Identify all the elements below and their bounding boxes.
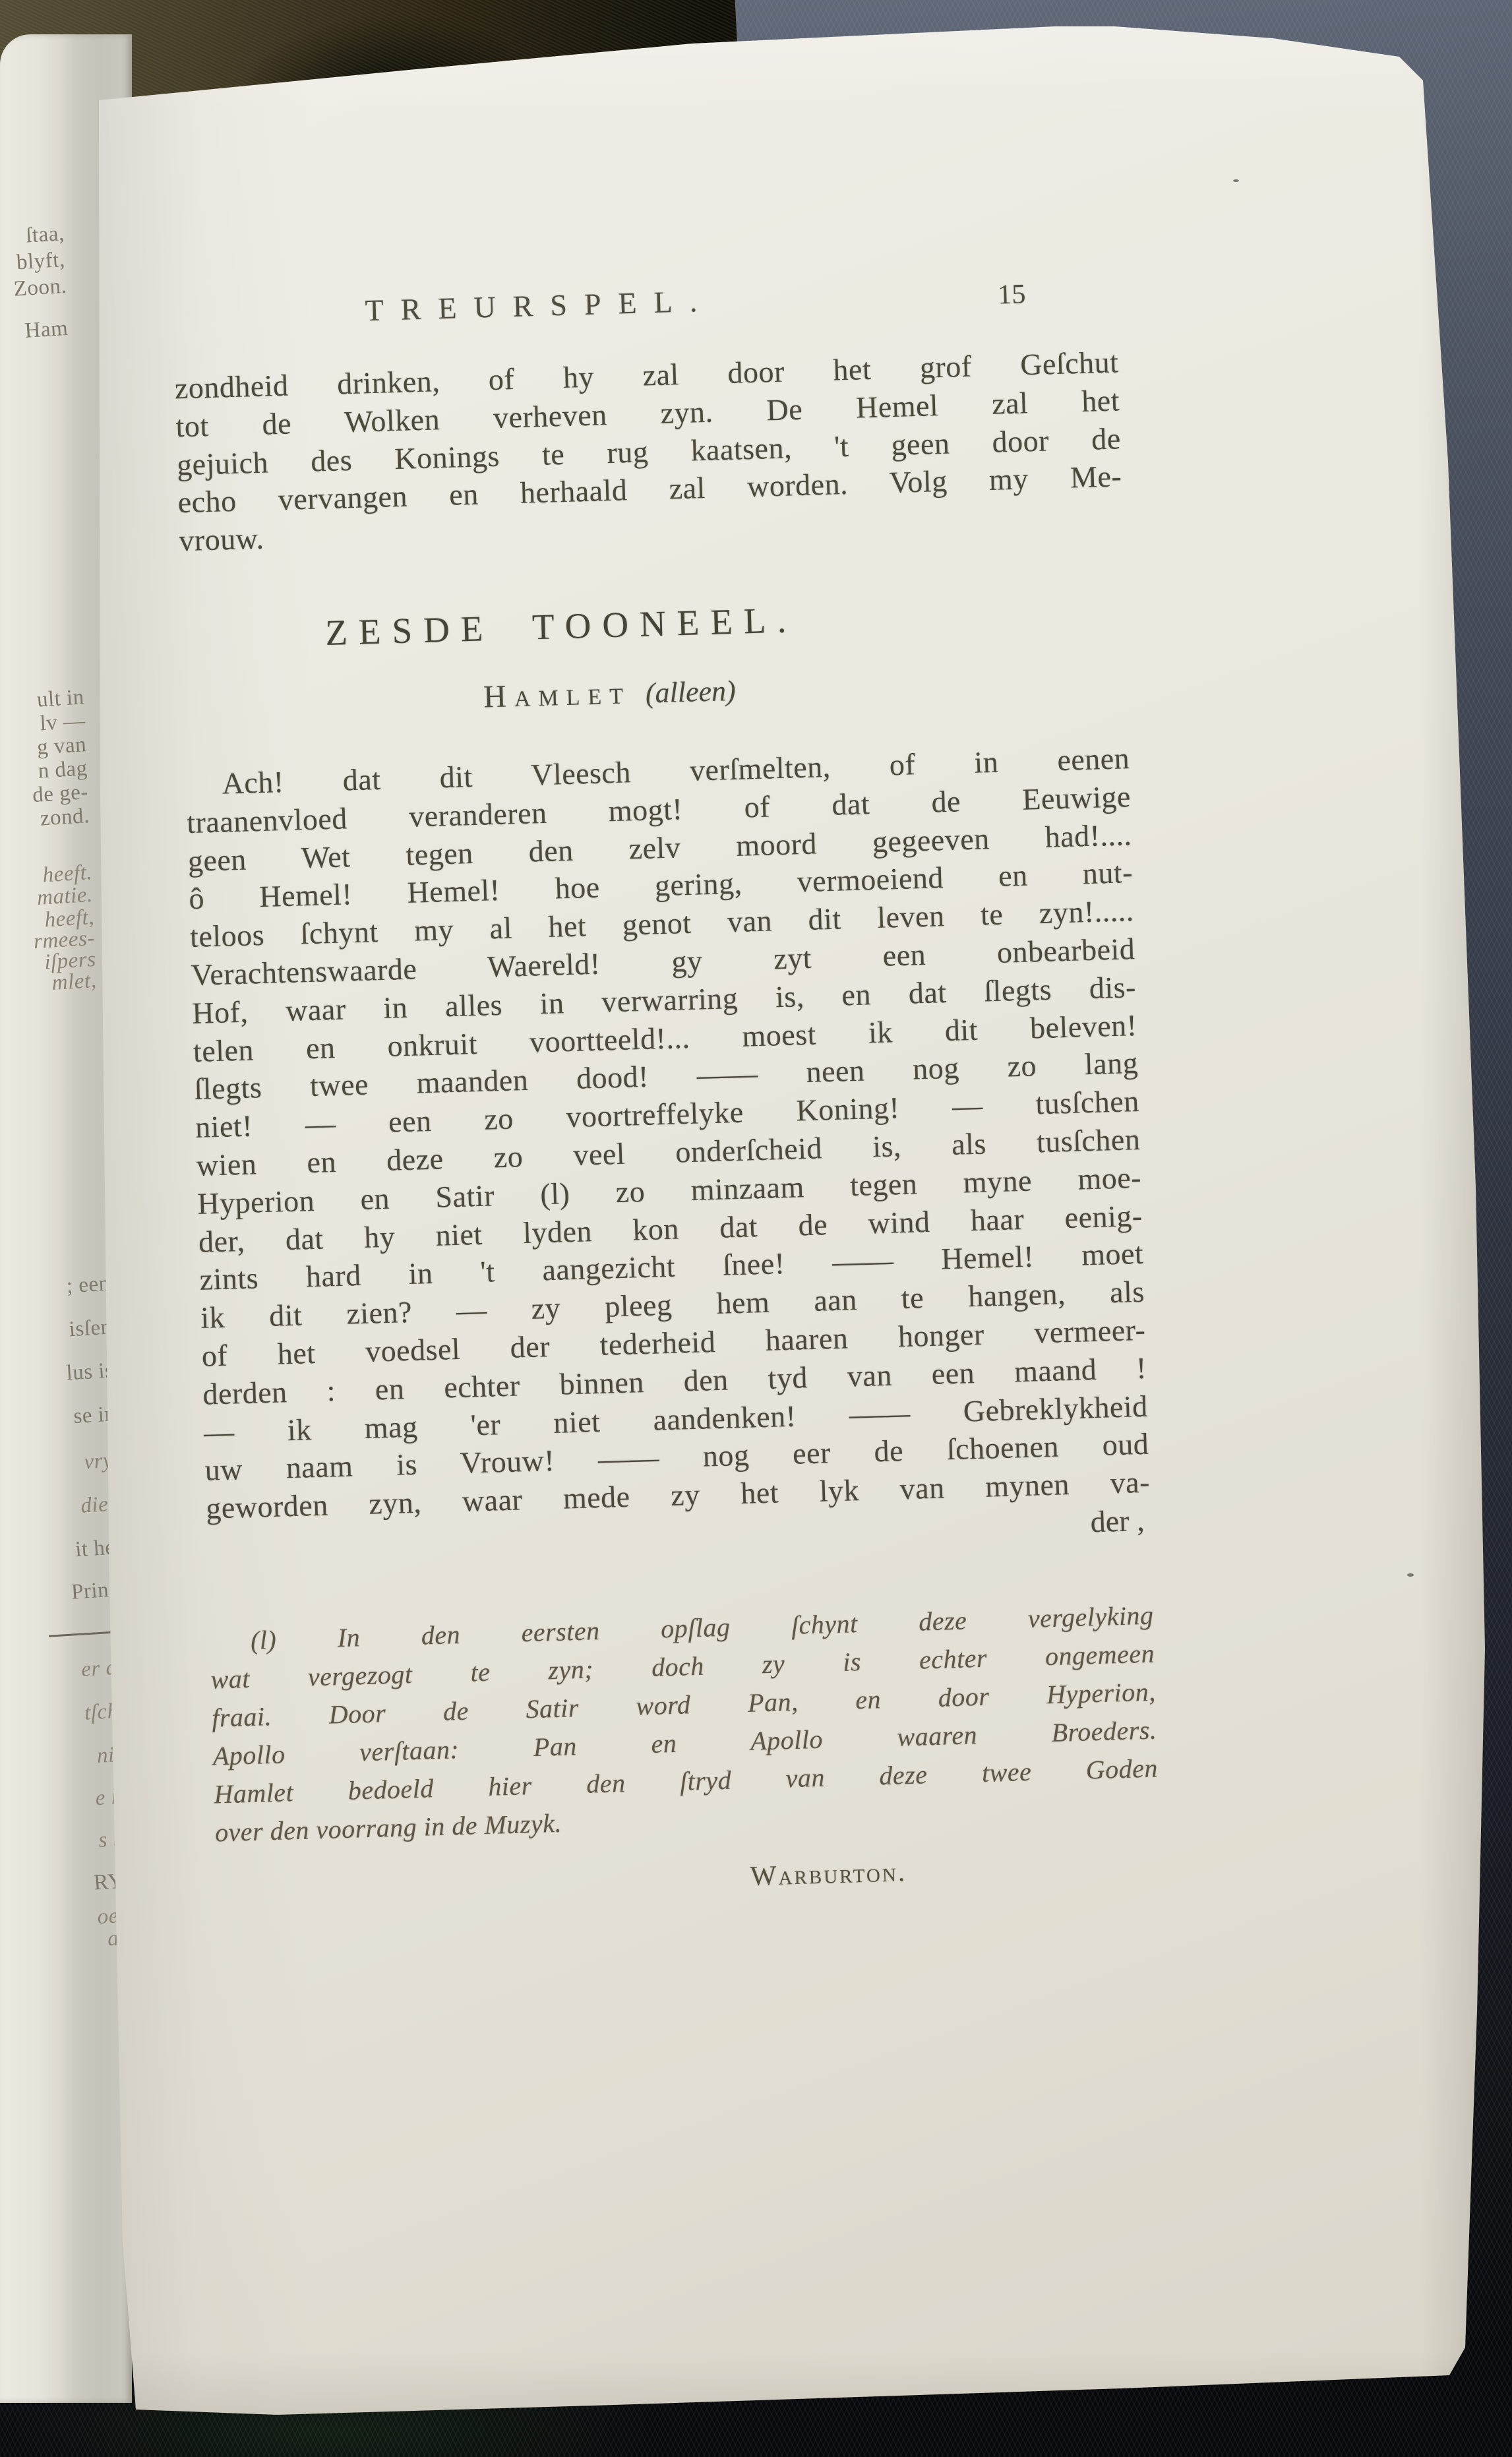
scene-heading: ZESDE TOONEEL. [181, 588, 1126, 660]
page-body: zondheid drinken, of hy zal door het gro… [174, 343, 1161, 1907]
speaker-line: Hamlet (alleen) [183, 659, 1128, 726]
page-text-layer: TREURSPEL. 15 zondheid drinken, of hy za… [0, 0, 1512, 2457]
hamlet-monologue: Ach! dat dit Vleesch verſmelten, of in e… [185, 739, 1151, 1527]
footnote-signature: Warburton. [216, 1849, 1161, 1907]
footnote: (l) In den eersten opſlag ſchynt deze ve… [209, 1596, 1159, 1852]
running-title: TREURSPEL. [365, 283, 715, 328]
page-header: TREURSPEL. 15 [172, 272, 1117, 344]
speaker-name: Hamlet [483, 675, 631, 714]
page-number: 15 [998, 278, 1026, 311]
paragraph-continuation: zondheid drinken, of hy zal door het gro… [174, 343, 1124, 560]
stage-direction: (alleen) [645, 675, 736, 710]
book-photo-scene: ſtaa,blyft,Zoon.Hamult inlv —g vann dagd… [0, 0, 1512, 2457]
